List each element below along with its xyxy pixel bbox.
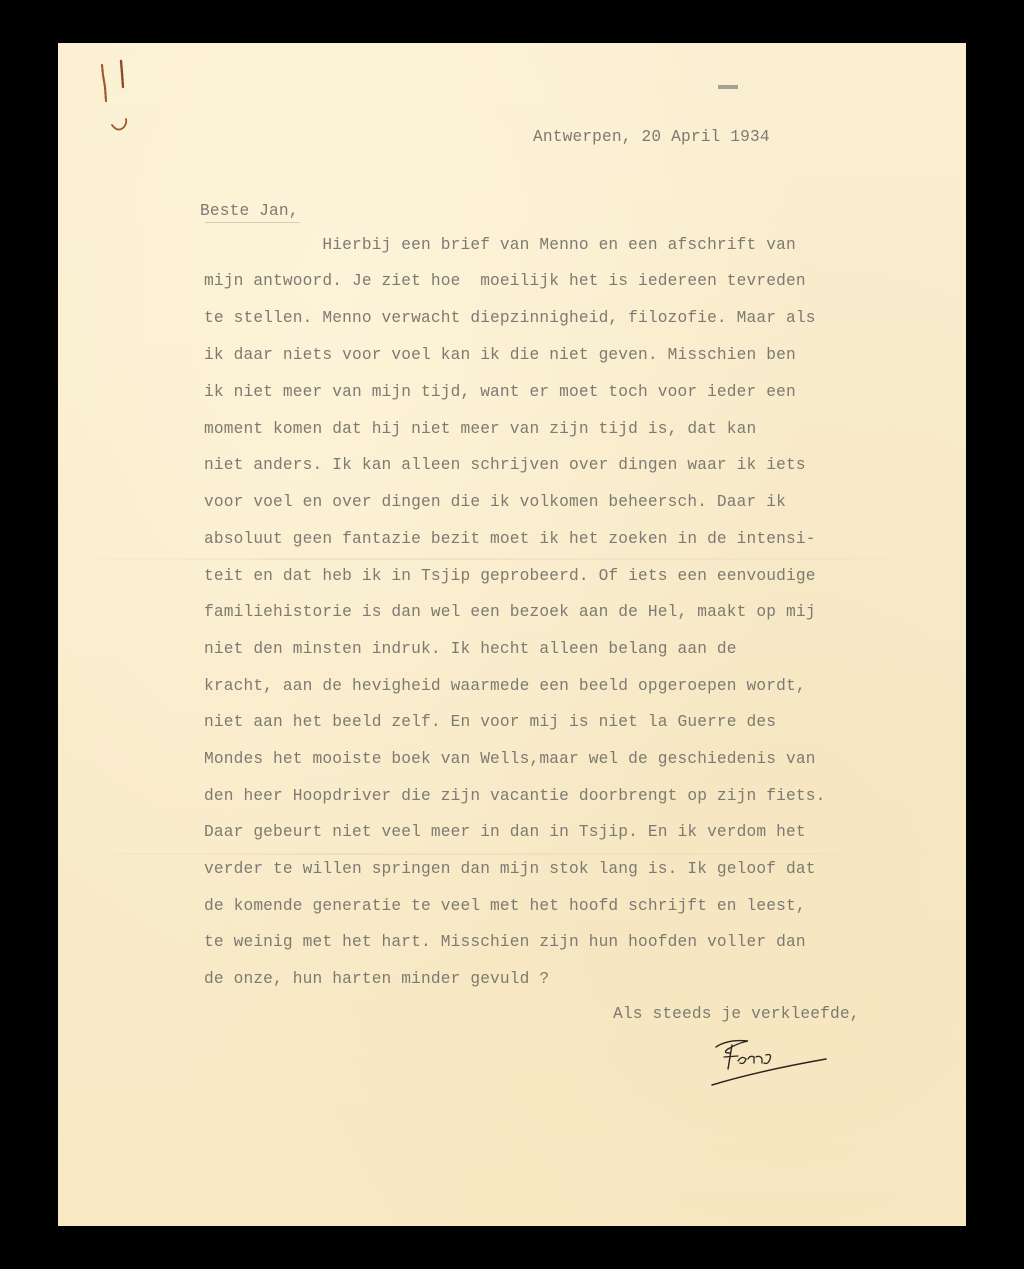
body-line: familiehistorie is dan wel een bezoek aa… [204,603,816,621]
body-line: Daar gebeurt niet veel meer in dan in Ts… [204,823,806,841]
body-line: teit en dat heb ik in Tsjip geprobeerd. … [204,567,816,585]
body-line: ik niet meer van mijn tijd, want er moet… [204,383,796,401]
letter-page: Antwerpen, 20 April 1934 Beste Jan, Hier… [58,43,966,1226]
body-line: kracht, aan de hevigheid waarmede een be… [204,677,806,695]
rusty-staple-mark-icon [98,57,138,137]
body-line: Mondes het mooiste boek van Wells,maar w… [204,750,816,768]
body-line: verder te willen springen dan mijn stok … [204,860,816,878]
body-line: niet anders. Ik kan alleen schrijven ove… [204,456,806,474]
paper-fold [58,558,966,560]
body-line: niet aan het beeld zelf. En voor mij is … [204,713,776,731]
body-line: te stellen. Menno verwacht diepzinnighei… [204,309,816,327]
body-line: ik daar niets voor voel kan ik die niet … [204,346,796,364]
top-edge-mark [718,85,738,89]
body-line: absoluut geen fantazie bezit moet ik het… [204,530,816,548]
handwritten-signature-icon [708,1035,828,1093]
body-line: te weinig met het hart. Misschien zijn h… [204,933,806,951]
body-line: mijn antwoord. Je ziet hoe moeilijk het … [204,272,806,290]
body-line: niet den minsten indruk. Ik hecht alleen… [204,640,737,658]
letter-date: Antwerpen, 20 April 1934 [533,128,770,146]
body-line: Hierbij een brief van Menno en een afsch… [204,236,796,254]
letter-salutation: Beste Jan, [200,202,299,220]
body-line: den heer Hoopdriver die zijn vacantie do… [204,787,825,805]
body-line: de komende generatie te veel met het hoo… [204,897,806,915]
body-line: moment komen dat hij niet meer van zijn … [204,420,756,438]
paper-fold [58,853,966,855]
body-line: voor voel en over dingen die ik volkomen… [204,493,786,511]
salutation-underline [205,222,300,223]
body-line: de onze, hun harten minder gevuld ? [204,970,549,988]
letter-closing: Als steeds je verkleefde, [613,1005,860,1023]
